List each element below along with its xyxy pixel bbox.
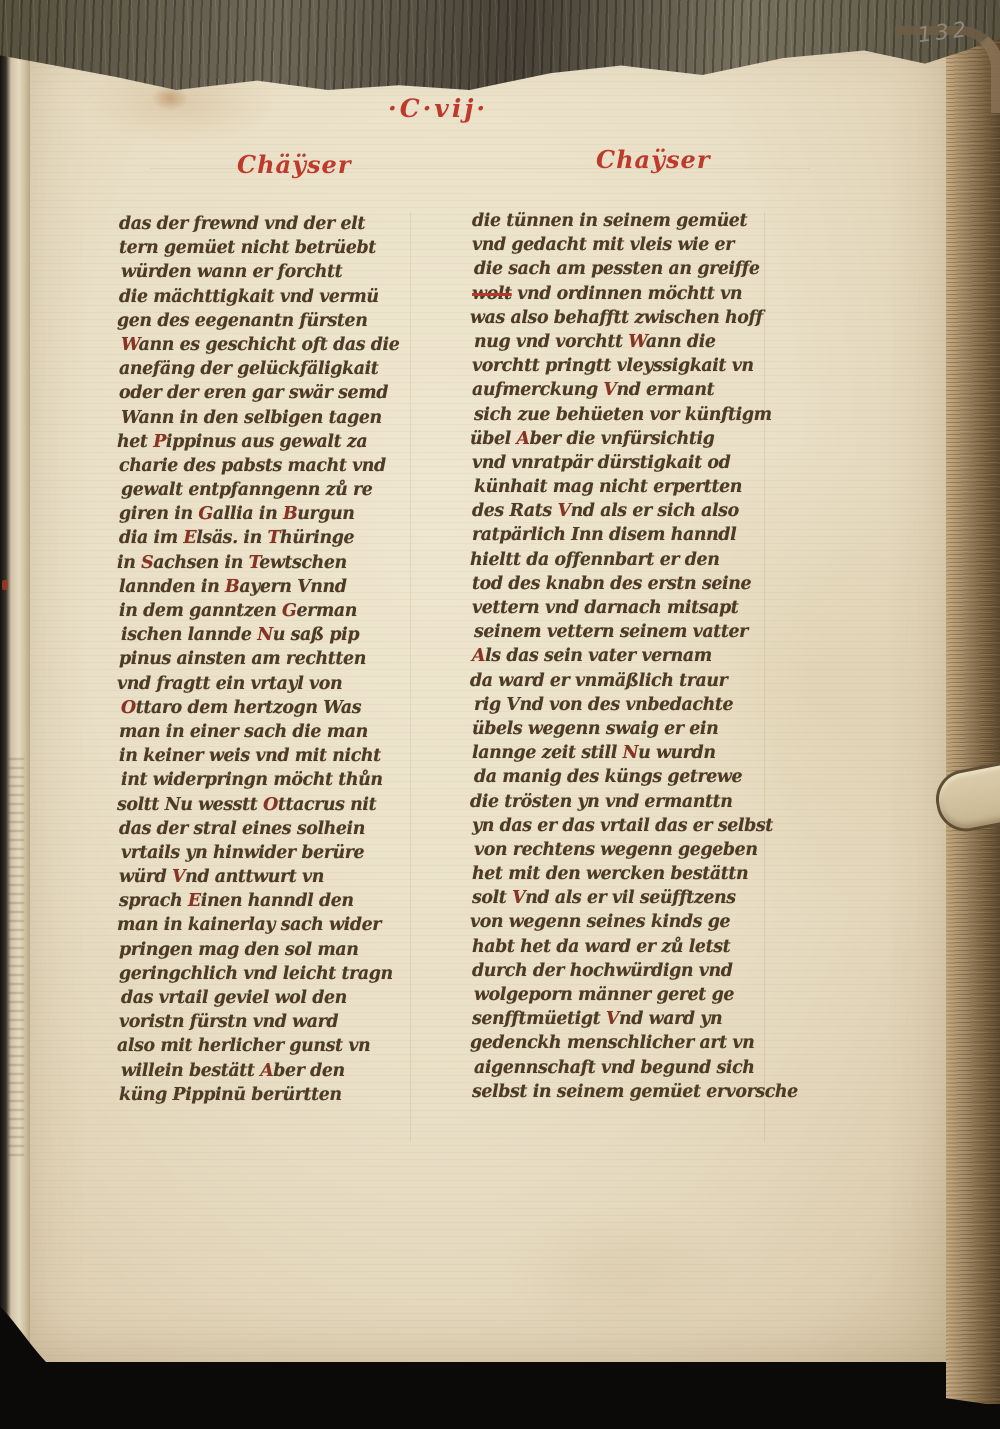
manuscript-line: würd Vnd anttwurt vn [119,865,429,889]
manuscript-line: aufmerckung Vnd ermant [472,378,782,402]
manuscript-line: vnd vnratpär dürstigkait od [472,451,782,475]
manuscript-line: tod des knabn des erstn seine [472,572,782,596]
manuscript-line: küng Pippinū berürtten [119,1083,429,1107]
manuscript-line: das der stral eines solhein [119,817,429,841]
manuscript-line: vnd gedacht mit vleis wie er [472,233,782,257]
manuscript-line: das vrtail geviel wol den [121,986,429,1010]
rubricated-letter: T [268,528,281,548]
manuscript-line: würden wann er forchtt [121,260,429,284]
manuscript-line: also mit herlicher gunst vn [117,1034,429,1058]
manuscript-line: anefäng der gelückfäligkait [119,357,429,381]
manuscript-line: willein bestätt Aber den [121,1059,429,1083]
manuscript-line: in keiner weis vnd mit nicht [119,744,429,768]
rubricated-letter: A [260,1061,273,1081]
rubricated-letter: G [198,504,212,524]
rubricated-letter: A [517,429,530,449]
manuscript-line: des Rats Vnd als er sich also [472,499,782,523]
rubricated-letter: O [121,698,136,718]
manuscript-line: selbst in seinem gemüet ervorsche [472,1080,782,1104]
running-header-left: Chäÿser [237,150,351,179]
manuscript-line: vorchtt pringtt vleyssigkait vn [472,354,782,378]
running-header-right: Chaÿser [596,145,710,174]
manuscript-line: vettern vnd darnach mitsapt [472,596,782,620]
manuscript-line: von wegenn seines kinds ge [470,910,782,934]
rubricated-letter: A [472,646,485,666]
manuscript-line: vnd fragtt ein vrtayl von [117,672,429,696]
manuscript-line: die tünnen in seinem gemüet [472,209,782,233]
rubricated-letter: E [188,891,201,911]
rubricated-letter: E [183,528,196,548]
manuscript-line: soltt Nu wesstt Ottacrus nit [117,793,429,817]
manuscript-line: in Sachsen in Tewtschen [117,551,429,575]
manuscript-line: sprach Einen hanndl den [119,889,429,913]
manuscript-line: wolt vnd ordinnen möchtt vn [472,282,782,306]
manuscript-line: pringen mag den sol man [119,938,429,962]
manuscript-line: die mächttigkait vnd vermü [119,285,429,309]
manuscript-line: tern gemüet nicht betrüebt [119,236,429,260]
rubricated-letter: W [628,332,646,352]
manuscript-line: int widerpringn möcht thůn [121,768,429,792]
manuscript-line: gewalt entpfanngenn zů re [121,478,429,502]
manuscript-line: durch der hochwürdign vnd [472,959,782,983]
book-fore-edge [946,34,1000,1404]
manuscript-line: pinus ainsten am rechtten [119,647,429,671]
book-gutter-page-edges [0,28,30,1346]
page-bottom-shadow [0,1278,1000,1429]
manuscript-line: in dem ganntzen German [119,599,429,623]
manuscript-line: lannge zeit still Nu wurdn [472,741,782,765]
rubricated-letter: G [282,601,296,621]
manuscript-line: die trösten yn vnd ermanttn [470,790,782,814]
manuscript-line: rig Vnd von des vnbedachte [474,693,782,717]
struck-word: wolt [472,284,512,304]
rubricated-letter: N [623,743,639,763]
manuscript-line: Als das sein vater vernam [472,644,782,668]
rubricated-letter: V [172,867,185,887]
manuscript-line: die sach am pessten an greiffe [474,257,782,281]
manuscript-line: man in kainerlay sach wider [117,913,429,937]
manuscript-line: übels wegenn swaig er ein [472,717,782,741]
manuscript-line: Ottaro dem hertzogn Was [121,696,429,720]
text-column-left: das der frewnd vnd der elttern gemüet ni… [119,212,429,1107]
manuscript-line: solt Vnd als er vil seüfftzens [472,886,782,910]
manuscript-line: het Pippinus aus gewalt za [117,430,429,454]
rubricated-letter: N [257,625,273,645]
manuscript-line: yn das er das vrtail das er selbst [472,814,782,838]
rubricated-letter: V [606,1009,619,1029]
manuscript-line: ratpärlich Inn disem hanndl [472,523,782,547]
manuscript-line: wolgeporn männer geret ge [474,983,782,1007]
manuscript-line: künhait mag nicht erpertten [474,475,782,499]
manuscript-line: gen des eegenantn fürsten [117,309,429,333]
manuscript-line: vrtails yn hinwider berüre [121,841,429,865]
rubricated-letter: T [249,553,260,573]
rubricated-letter: B [225,577,239,597]
rubricated-letter: S [141,553,153,573]
manuscript-line: sich zue behüeten vor künftigm [474,403,782,427]
gutter-red-mark [2,580,8,590]
manuscript-line: aigennschaft vnd begund sich [474,1056,782,1080]
rubricated-letter: V [557,501,570,521]
manuscript-scan: 132 ·C·vij· Chäÿser Chaÿser das der frew… [0,0,1000,1429]
manuscript-line: oder der eren gar swär semd [119,381,429,405]
rubricated-letter: V [603,380,616,400]
manuscript-line: hieltt da offennbart er den [470,548,782,572]
manuscript-line: ischen lannde Nu saß pip [121,623,429,647]
manuscript-line: Wann es geschicht oft das die [121,333,429,357]
manuscript-line: was also behafftt zwischen hoff [470,306,782,330]
manuscript-line: lannden in Bayern Vnnd [119,575,429,599]
manuscript-line: dia im Elsäs. in Thüringe [119,526,429,550]
manuscript-line: habt het da ward er zů letst [472,935,782,959]
manuscript-line: das der frewnd vnd der elt [119,212,429,236]
chapter-heading: ·C·vij· [388,94,488,123]
rubricated-letter: W [121,335,139,355]
manuscript-line: senfftmüetigt Vnd ward yn [472,1007,782,1031]
manuscript-line: het mit den wercken bestättn [472,862,782,886]
text-column-right: die tünnen in seinem gemüetvnd gedacht m… [472,209,782,1104]
manuscript-line: nug vnd vorchtt Wann die [474,330,782,354]
manuscript-line: von rechtens wegenn gegeben [474,838,782,862]
manuscript-line: da ward er vnmäßlich traur [470,669,782,693]
rubricated-letter: V [512,888,525,908]
manuscript-line: da manig des küngs getrewe [474,765,782,789]
manuscript-line: gedenckh menschlicher art vn [470,1031,782,1055]
manuscript-line: giren in Gallia in Burgun [119,502,429,526]
rubricated-letter: O [263,795,278,815]
rubricated-letter: P [153,432,166,452]
manuscript-line: voristn fürstn vnd ward [119,1010,429,1034]
manuscript-line: charie des pabsts macht vnd [119,454,429,478]
rubricated-letter: B [283,504,297,524]
manuscript-line: übel Aber die vnfürsichtig [470,427,782,451]
manuscript-line: Wann in den selbigen tagen [121,406,429,430]
manuscript-line: man in einer sach die man [119,720,429,744]
manuscript-line: seinem vettern seinem vatter [474,620,782,644]
manuscript-line: geringchlich vnd leicht tragn [119,962,429,986]
